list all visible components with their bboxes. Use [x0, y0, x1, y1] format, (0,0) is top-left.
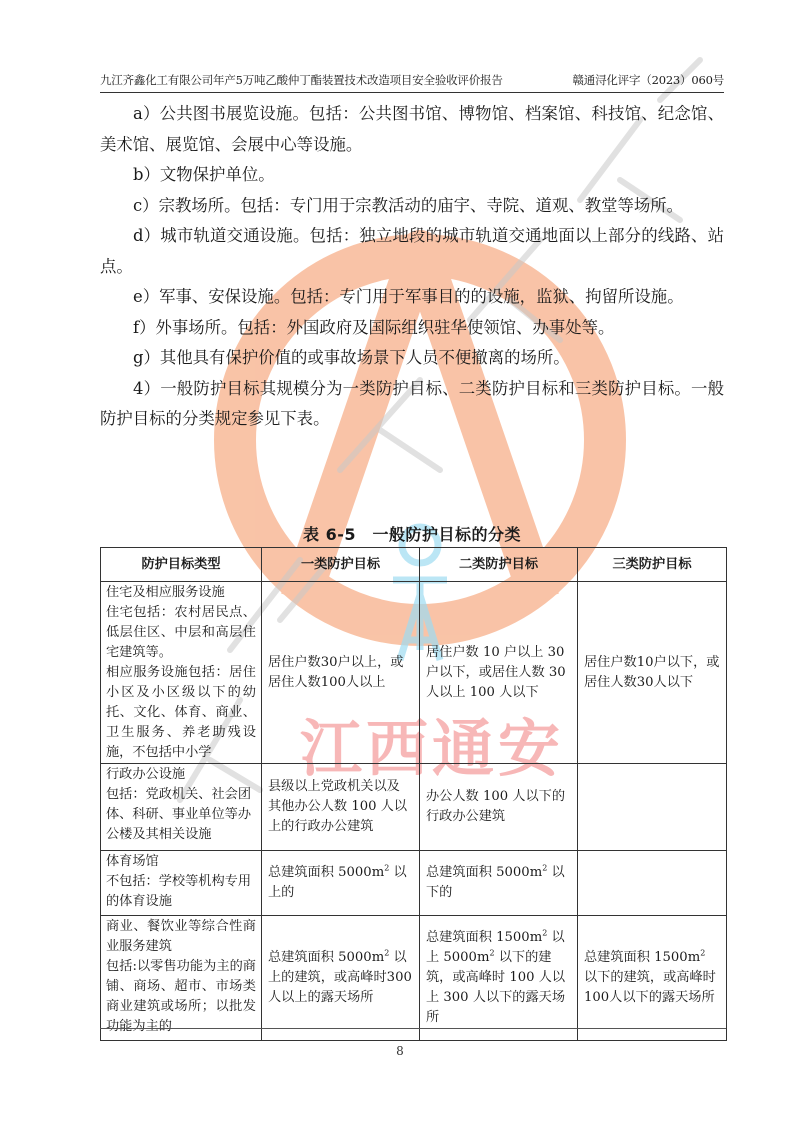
paragraph-f: f）外事场所。包括：外国政府及国际组织驻华使领馆、办事处等。: [100, 313, 724, 344]
page-header: 九江齐鑫化工有限公司年产5万吨乙酸仲丁酯装置技术改造项目安全验收评价报告 赣通浔…: [100, 70, 724, 93]
page-number: 8: [0, 1044, 800, 1058]
cell-class-1: 县级以上党政机关以及其他办公人数 100 人以上的行政办公建筑: [262, 764, 420, 851]
header-class-1: 一类防护目标: [262, 548, 420, 582]
paragraph-c: c）宗教场所。包括：专门用于宗教活动的庙宇、寺院、道观、教堂等场所。: [100, 191, 724, 222]
paragraph-g: g）其他具有保护价值的或事故场景下人员不便撤离的场所。: [100, 343, 724, 374]
cell-type: 商业、餐饮业等综合性商业服务建筑 包括:以零售功能为主的商铺、商场、超市、市场类…: [101, 916, 262, 1041]
table-title: 表 6-5 一般防护目标的分类: [100, 522, 724, 545]
table-row-residential: 住宅及相应服务设施 住宅包括：农村居民点、低层住区、中层和高层住宅建筑等。 相应…: [101, 582, 727, 764]
cell-class-3: 总建筑面积 1500m2 以下的建筑，或高峰时100人以下的露天场所: [578, 916, 727, 1041]
cell-type: 体育场馆 不包括：学校等机构专用的体育设施: [101, 851, 262, 916]
paragraph-d: d）城市轨道交通设施。包括：独立地段的城市轨道交通地面以上部分的线路、站点。: [100, 221, 724, 282]
paragraph-b: b）文物保护单位。: [100, 160, 724, 191]
table-row-sports: 体育场馆 不包括：学校等机构专用的体育设施 总建筑面积 5000m2 以上的 总…: [101, 851, 727, 916]
cell-class-1: 总建筑面积 5000m2 以上的: [262, 851, 420, 916]
cell-class-1: 总建筑面积 5000m2 以上的建筑，或高峰时300人以上的露天场所: [262, 916, 420, 1041]
table-row-office: 行政办公设施 包括：党政机关、社会团体、科研、事业单位等办公楼及其相关设施 县级…: [101, 764, 727, 851]
cell-type: 住宅及相应服务设施 住宅包括：农村居民点、低层住区、中层和高层住宅建筑等。 相应…: [101, 582, 262, 764]
header-type: 防护目标类型: [101, 548, 262, 582]
cell-class-2: 居住户数 10 户以上 30 户以下，或居住人数 30 人以上 100 人以下: [420, 582, 578, 764]
cell-type: 行政办公设施 包括：党政机关、社会团体、科研、事业单位等办公楼及其相关设施: [101, 764, 262, 851]
header-class-2: 二类防护目标: [420, 548, 578, 582]
table-header-row: 防护目标类型 一类防护目标 二类防护目标 三类防护目标: [101, 548, 727, 582]
classification-table: 防护目标类型 一类防护目标 二类防护目标 三类防护目标 住宅及相应服务设施 住宅…: [100, 547, 727, 1041]
header-class-3: 三类防护目标: [578, 548, 727, 582]
cell-class-3: [578, 764, 727, 851]
header-report-number: 赣通浔化评字（2023）060号: [572, 70, 724, 92]
paragraph-e: e）军事、安保设施。包括：专门用于军事目的的设施，监狱、拘留所设施。: [100, 282, 724, 313]
body-text: a）公共图书展览设施。包括：公共图书馆、博物馆、档案馆、科技馆、纪念馆、美术馆、…: [100, 99, 724, 435]
paragraph-4: 4）一般防护目标其规模分为一类防护目标、二类防护目标和三类防护目标。一般防护目标…: [100, 374, 724, 435]
table-row-commercial: 商业、餐饮业等综合性商业服务建筑 包括:以零售功能为主的商铺、商场、超市、市场类…: [101, 916, 727, 1041]
cell-class-2: 办公人数 100 人以下的行政办公建筑: [420, 764, 578, 851]
cell-class-3: 居住户数10户以下，或居住人数30人以下: [578, 582, 727, 764]
paragraph-a: a）公共图书展览设施。包括：公共图书馆、博物馆、档案馆、科技馆、纪念馆、美术馆、…: [100, 99, 724, 160]
header-report-title: 九江齐鑫化工有限公司年产5万吨乙酸仲丁酯装置技术改造项目安全验收评价报告: [100, 70, 503, 92]
cell-class-2: 总建筑面积 1500m2 以上 5000m2 以下的建筑，或高峰时 100 人以…: [420, 916, 578, 1041]
footer-rule: [100, 1028, 726, 1029]
cell-class-2: 总建筑面积 5000m2 以下的: [420, 851, 578, 916]
cell-class-1: 居住户数30户以上，或居住人数100人以上: [262, 582, 420, 764]
cell-class-3: [578, 851, 727, 916]
